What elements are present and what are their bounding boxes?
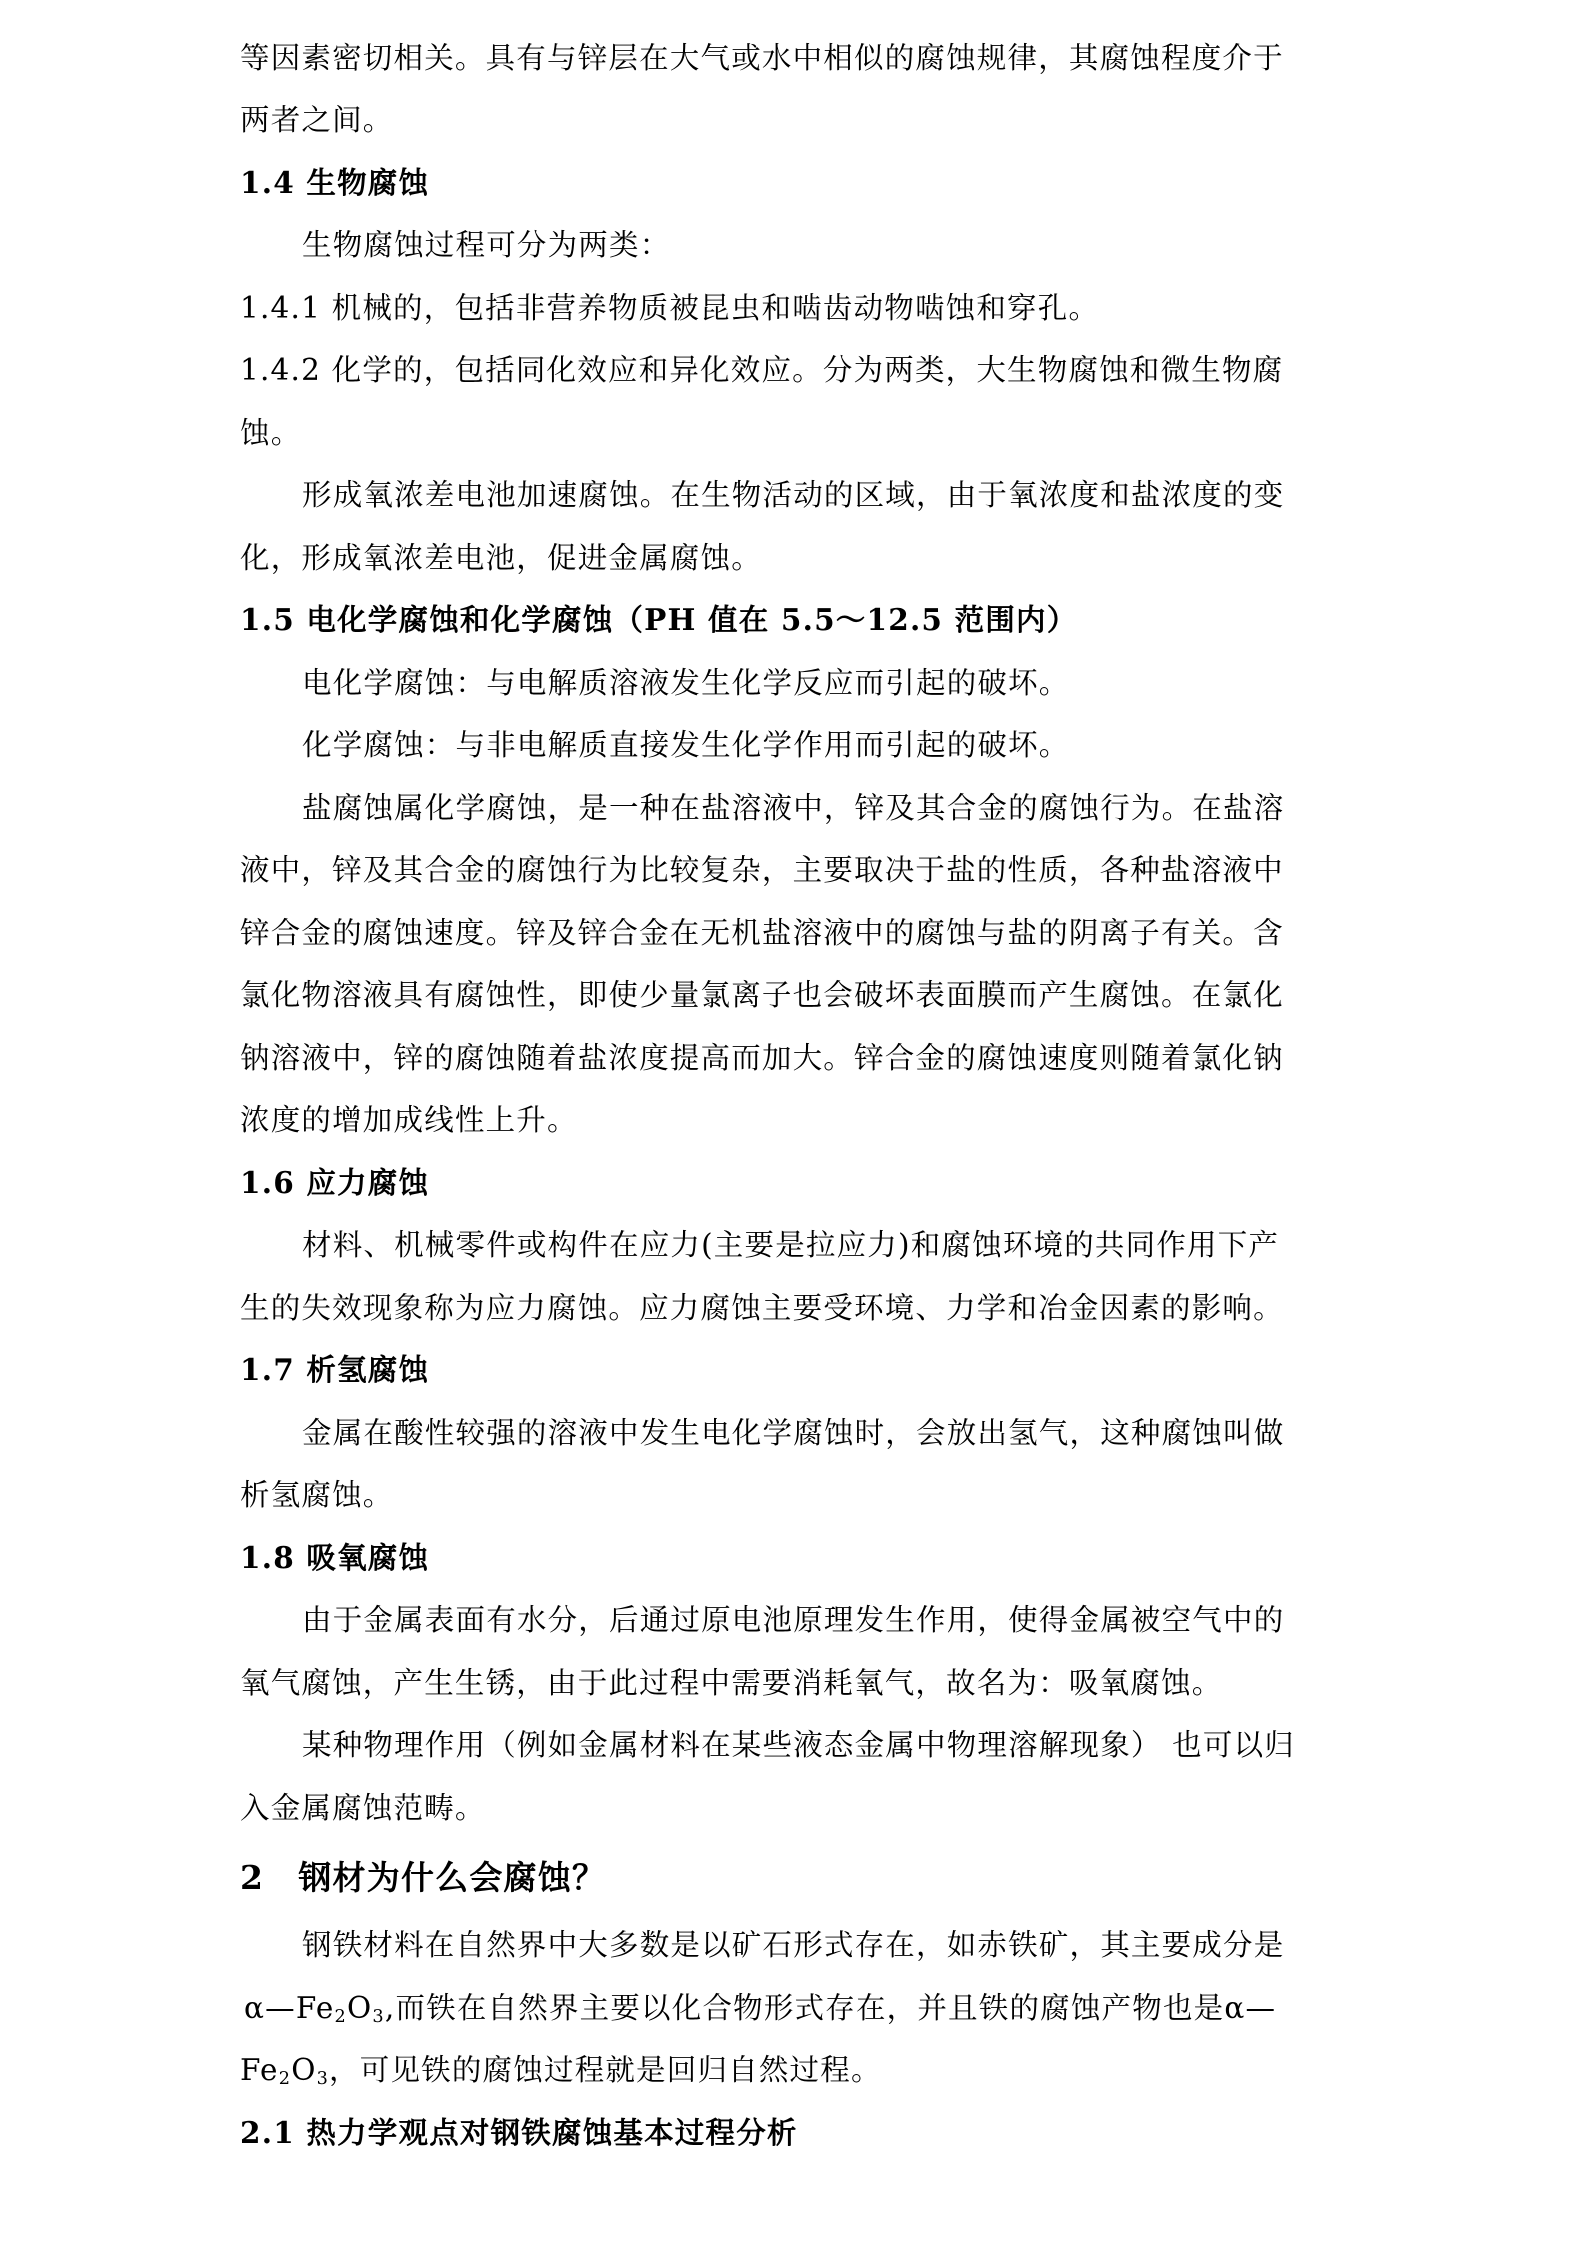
paragraph-line: 锌合金的腐蚀速度。锌及锌合金在无机盐溶液中的腐蚀与盐的阴离子有关。含 — [240, 913, 1284, 953]
paragraph-line: 液中，锌及其合金的腐蚀行为比较复杂，主要取决于盐的性质，各种盐溶液中 — [240, 850, 1284, 890]
paragraph-line: 化，形成氧浓差电池，促进金属腐蚀。 — [240, 538, 762, 578]
paragraph-line: 生的失效现象称为应力腐蚀。应力腐蚀主要受环境、力学和冶金因素的影响。 — [240, 1288, 1284, 1328]
subscript: 2 — [335, 2007, 347, 2027]
paragraph-line: 浓度的增加成线性上升。 — [240, 1100, 578, 1140]
formula-prefix: Fe — [240, 2053, 279, 2087]
paragraph-line: 形成氧浓差电池加速腐蚀。在生物活动的区域，由于氧浓度和盐浓度的变 — [302, 475, 1284, 515]
paragraph-line: 入金属腐蚀范畴。 — [240, 1788, 486, 1828]
section-heading-1-4: 1.4 生物腐蚀 — [240, 163, 429, 203]
section-heading-1-6: 1.6 应力腐蚀 — [240, 1163, 429, 1203]
formula-prefix: α—Fe — [244, 1991, 335, 2025]
paragraph-line: 化学腐蚀：与非电解质直接发生化学作用而引起的破坏。 — [302, 725, 1070, 765]
paragraph-line: 等因素密切相关。具有与锌层在大气或水中相似的腐蚀规律，其腐蚀程度介于 — [240, 38, 1284, 78]
paragraph-line: 金属在酸性较强的溶液中发生电化学腐蚀时，会放出氢气，这种腐蚀叫做 — [302, 1413, 1284, 1453]
formula-suffix: ,而铁在自然界主要以化合物形式存在，并且铁的腐蚀产物也是α— — [385, 1991, 1276, 2025]
section-heading-1-8: 1.8 吸氧腐蚀 — [240, 1538, 429, 1578]
formula-mid: O — [347, 1991, 372, 2025]
paragraph-line: 氯化物溶液具有腐蚀性，即使少量氯离子也会破坏表面膜而产生腐蚀。在氯化 — [240, 975, 1284, 1015]
formula-suffix: ，可见铁的腐蚀过程就是回归自然过程。 — [329, 2053, 882, 2087]
paragraph-line: 钠溶液中，锌的腐蚀随着盐浓度提高而加大。锌合金的腐蚀速度则随着氯化钠 — [240, 1038, 1284, 1078]
paragraph-line: 材料、机械零件或构件在应力(主要是拉应力)和腐蚀环境的共同作用下产 — [302, 1225, 1279, 1265]
paragraph-line: 由于金属表面有水分，后通过原电池原理发生作用，使得金属被空气中的 — [302, 1600, 1284, 1640]
paragraph-line: 电化学腐蚀：与电解质溶液发生化学反应而引起的破坏。 — [302, 663, 1070, 703]
paragraph-line: 析氢腐蚀。 — [240, 1475, 394, 1515]
subscript: 2 — [279, 2069, 291, 2089]
paragraph-line: 生物腐蚀过程可分为两类： — [302, 225, 670, 265]
section-heading-1-5: 1.5 电化学腐蚀和化学腐蚀（PH 值在 5.5～12.5 范围内） — [240, 600, 1077, 640]
paragraph-line: 氧气腐蚀，产生生锈，由于此过程中需要消耗氧气，故名为：吸氧腐蚀。 — [240, 1663, 1222, 1703]
subscript: 3 — [317, 2069, 329, 2089]
list-item-1-4-1: 1.4.1 机械的，包括非营养物质被昆虫和啮齿动物啮蚀和穿孔。 — [240, 288, 1099, 328]
section-heading-2-1: 2.1 热力学观点对钢铁腐蚀基本过程分析 — [240, 2113, 798, 2153]
list-item-1-4-2: 1.4.2 化学的，包括同化效应和异化效应。分为两类，大生物腐蚀和微生物腐 — [240, 350, 1283, 390]
formula-line: Fe2O3，可见铁的腐蚀过程就是回归自然过程。 — [240, 2050, 882, 2090]
paragraph-line: 某种物理作用（例如金属材料在某些液态金属中物理溶解现象） 也可以归 — [302, 1725, 1295, 1765]
paragraph-line: 盐腐蚀属化学腐蚀，是一种在盐溶液中，锌及其合金的腐蚀行为。在盐溶 — [302, 788, 1284, 828]
formula-mid: O — [291, 2053, 316, 2087]
section-heading-1-7: 1.7 析氢腐蚀 — [240, 1350, 429, 1390]
paragraph-line: 钢铁材料在自然界中大多数是以矿石形式存在，如赤铁矿，其主要成分是 — [302, 1925, 1284, 1965]
section-heading-2: 2 钢材为什么会腐蚀？ — [240, 1858, 606, 1898]
paragraph-line: 蚀。 — [240, 413, 301, 453]
paragraph-line: 两者之间。 — [240, 100, 394, 140]
formula-line: α—Fe2O3,而铁在自然界主要以化合物形式存在，并且铁的腐蚀产物也是α— — [244, 1988, 1276, 2028]
subscript: 3 — [372, 2007, 384, 2027]
